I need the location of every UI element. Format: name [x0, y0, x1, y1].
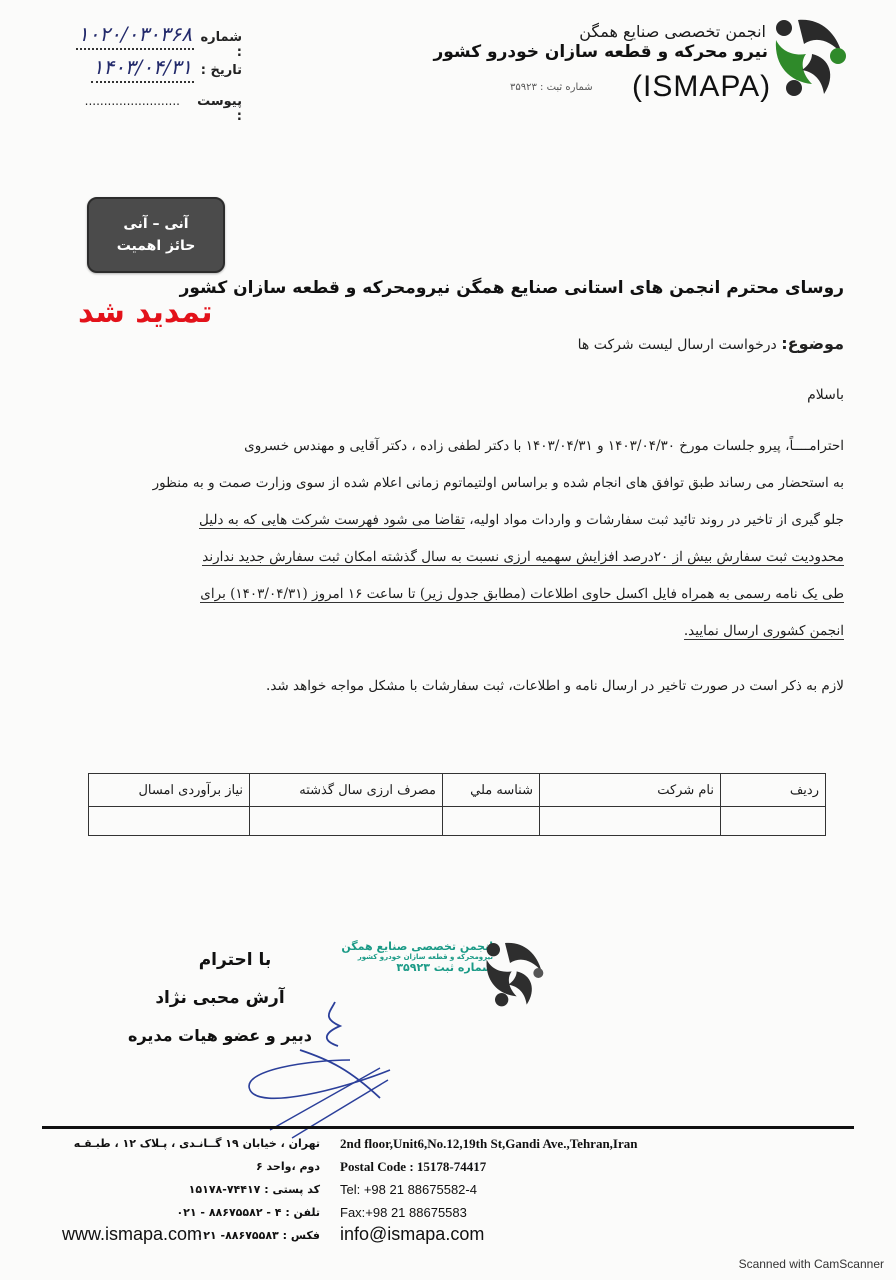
table-cell: [443, 807, 540, 836]
footer-fa-tel: تلفن : ۴ - ۸۸۶۷۵۵۸۲ - ۰۲۱: [60, 1201, 320, 1224]
footer-en-tel: Tel: +98 21 88675582-4: [340, 1178, 638, 1201]
letter-greeting: باسلام: [807, 387, 844, 403]
attachment-row: پیوست : .........................: [52, 94, 242, 124]
body-line: طی یک نامه رسمی به همراه فایل اکسل حاوی …: [74, 576, 844, 613]
closing: با احترام: [130, 950, 340, 970]
attachment-value: .........................: [85, 94, 194, 108]
body-line: انجمن کشوری ارسال نمایید.: [74, 613, 844, 650]
org-name-line1: انجمن تخصصی صنایع همگن: [579, 22, 766, 41]
body-line: به استحضار می رساند طبق توافق های انجام …: [74, 465, 844, 502]
subject-label: موضوع:: [781, 334, 844, 353]
body-line: محدودیت ثبت سفارش بیش از ۲۰درصد افزایش س…: [74, 539, 844, 576]
letter-date-row: تاریخ : ۱۴۰۳/۰۴/۳۱: [52, 55, 242, 83]
urgent-badge-line2: حائز اهمیت: [117, 235, 196, 257]
urgent-badge: آنی – آنی حائز اهمیت: [87, 197, 225, 273]
extended-stamp: تمدید شد: [78, 295, 213, 330]
footer-fa-postal: کد پستی : ۷۴۴۱۷-۱۵۱۷۸: [60, 1178, 320, 1201]
org-name-line2: نیرو محرکه و قطعه سازان خودرو کشور: [433, 42, 768, 62]
stamp-logo-icon: [480, 938, 550, 1012]
handwritten-signature-icon: [230, 990, 410, 1144]
table-cell: [721, 807, 826, 836]
letter-note: لازم به ذکر است در صورت تاخیر در ارسال ن…: [266, 678, 844, 694]
table-cell: [89, 807, 250, 836]
website-link[interactable]: www.ismapa.com: [62, 1224, 202, 1245]
org-abbreviation: (ISMAPA): [632, 70, 771, 104]
letter-date-label: تاریخ :: [194, 63, 242, 78]
footer-en-postal: Postal Code : 15178-74417: [340, 1155, 638, 1178]
letter-date-value: ۱۴۰۳/۰۴/۳۱: [91, 55, 194, 83]
table-cell: [250, 807, 443, 836]
col-last-year-currency: مصرف ارزی سال گذشته: [250, 774, 443, 807]
col-this-year-estimate: نیاز برآوردی امسال: [89, 774, 250, 807]
urgent-badge-line1: آنی – آنی: [123, 213, 188, 235]
col-row-number: ردیف: [721, 774, 826, 807]
underlined-request: تقاضا می شود فهرست شرکت هایی که به دلیل: [199, 512, 465, 529]
org-stamp: انجمن تخصصی صنایع همگن نیرومحرکه و قطعه …: [318, 940, 493, 974]
letter-body: احترامــــاً، پیرو جلسات مورخ ۱۴۰۳/۰۴/۳۰…: [74, 428, 844, 650]
body-line: احترامــــاً، پیرو جلسات مورخ ۱۴۰۳/۰۴/۳۰…: [74, 428, 844, 465]
footer-en-address: 2nd floor,Unit6,No.12,19th St,Gandi Ave.…: [340, 1132, 638, 1155]
scanner-watermark: Scanned with CamScanner: [739, 1257, 884, 1271]
table-cell: [540, 807, 721, 836]
letter-recipient: روسای محترم انجمن های استانی صنایع همگن …: [180, 278, 844, 298]
subject-text: درخواست ارسال لیست شرکت ها: [578, 337, 777, 353]
footer-fa-address: تهران ، خیابان ۱۹ گــانـدی ، پـلاک ۱۲ ، …: [60, 1132, 320, 1178]
footer-en-fax: Fax:+98 21 88675583: [340, 1201, 638, 1224]
letter-number-value: ۱۰۲۰/۰۳۰۳۶۸: [76, 22, 194, 50]
letter-subject: موضوع: درخواست ارسال لیست شرکت ها: [578, 334, 844, 353]
table-header-row: ردیف نام شرکت شناسه ملي مصرف ارزی سال گذ…: [89, 774, 826, 807]
email-link[interactable]: info@ismapa.com: [340, 1224, 638, 1245]
footer-english: 2nd floor,Unit6,No.12,19th St,Gandi Ave.…: [340, 1132, 638, 1245]
companies-table: ردیف نام شرکت شناسه ملي مصرف ارزی سال گذ…: [88, 773, 826, 836]
col-national-id: شناسه ملي: [443, 774, 540, 807]
table-row: [89, 807, 826, 836]
footer-divider: [42, 1126, 854, 1129]
body-line: جلو گیری از تاخیر در روند تائید ثبت سفار…: [74, 502, 844, 539]
attachment-label: پیوست :: [194, 94, 242, 124]
org-logo-icon: [772, 14, 848, 98]
col-company-name: نام شرکت: [540, 774, 721, 807]
org-registration-number: شماره ثبت : ۳۵۹۲۳: [510, 82, 593, 93]
